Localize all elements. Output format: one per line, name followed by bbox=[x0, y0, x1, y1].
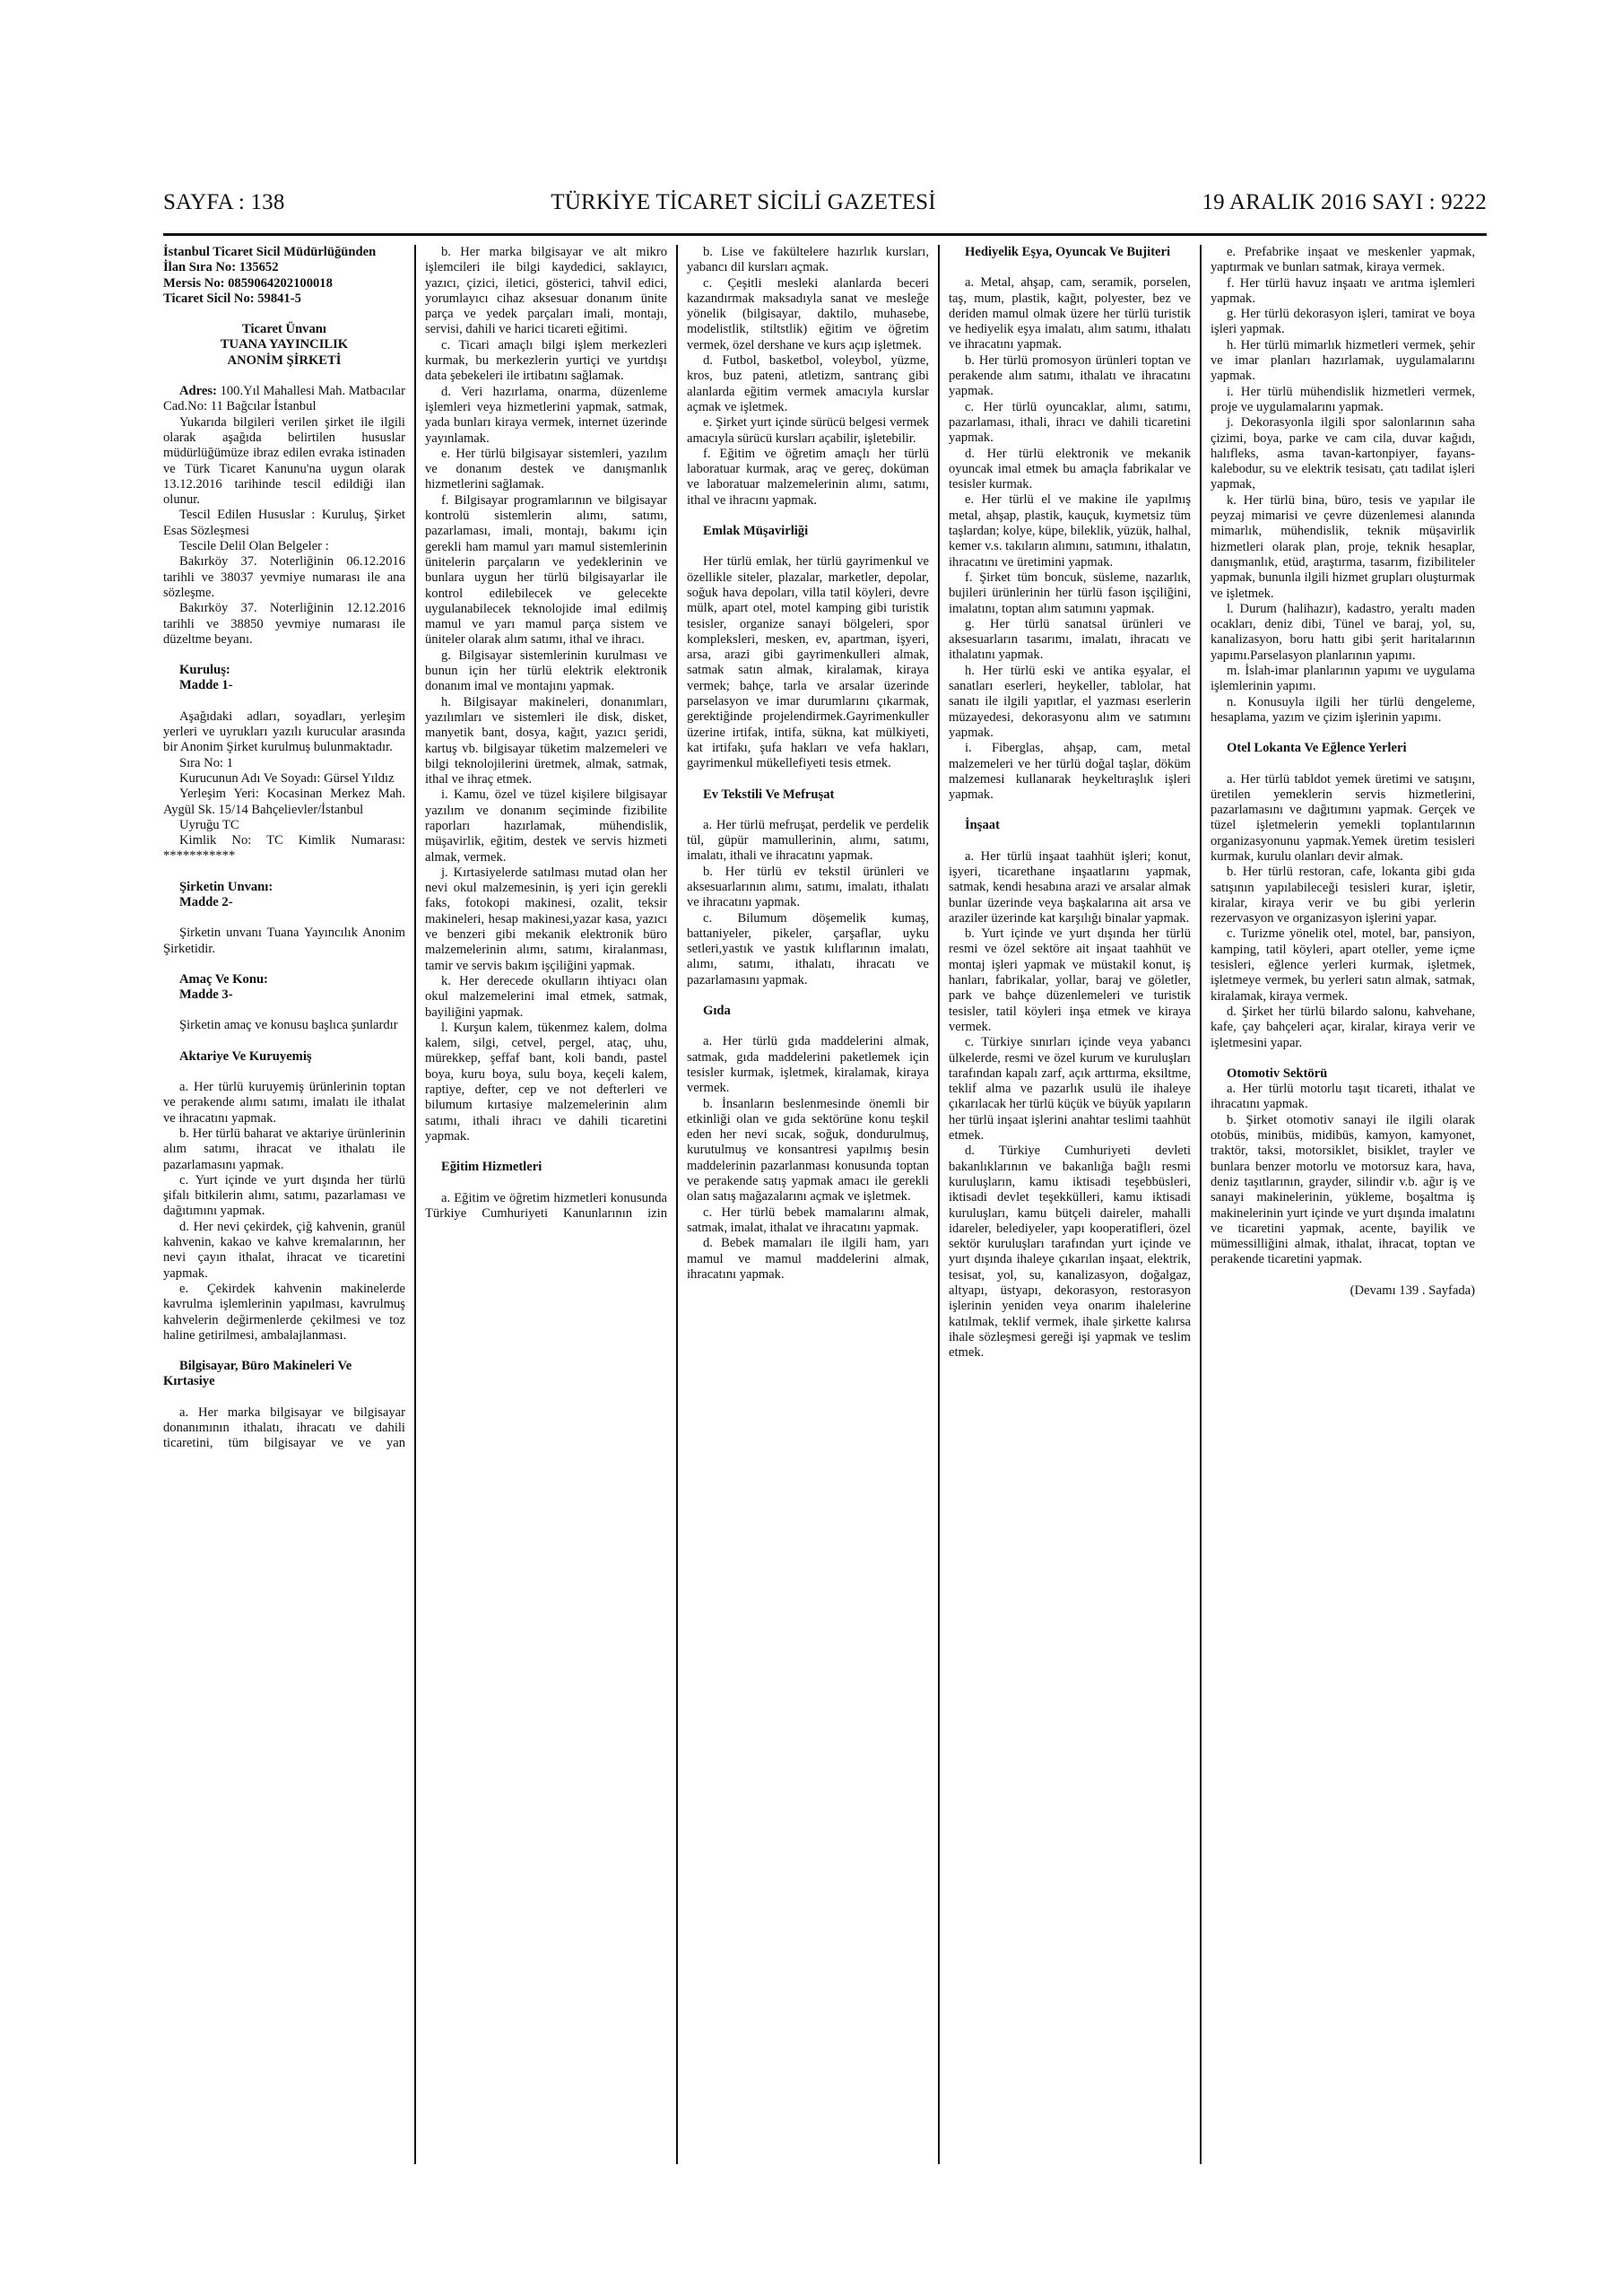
column-4: Hediyelik Eşya, Oyuncak Ve Bujiteri a. M… bbox=[940, 245, 1200, 2164]
list-item: a. Her türlü mefruşat, perdelik ve perde… bbox=[687, 818, 929, 865]
list-item: g. Bilgisayar sistemlerinin kurulması ve… bbox=[425, 648, 667, 695]
list-item: a. Metal, ahşap, cam, seramik, porselen,… bbox=[949, 275, 1191, 352]
section-heading-emlak: Emlak Müşavirliği bbox=[687, 524, 929, 539]
madde1-number: Madde 1- bbox=[163, 678, 405, 693]
list-item: d. Bebek mamaları ile ilgili ham, yarı m… bbox=[687, 1236, 929, 1283]
madde3-number: Madde 3- bbox=[163, 987, 405, 1003]
section-heading-gida: Gıda bbox=[687, 1004, 929, 1019]
list-item: c. Her türlü bebek mamalarını almak, sat… bbox=[687, 1205, 929, 1237]
madde2-text: Şirketin unvanı Tuana Yayıncılık Anonim … bbox=[163, 926, 405, 957]
section-heading-aktariye: Aktariye Ve Kuruyemiş bbox=[163, 1049, 405, 1065]
list-item: b. Her türlü promosyon ürünleri toptan v… bbox=[949, 353, 1191, 400]
uyruk: Uyruğu TC bbox=[163, 818, 405, 833]
list-item: a. Her türlü gıda maddelerini almak, sat… bbox=[687, 1034, 929, 1096]
list-item: h. Her türlü eski ve antika eşyalar, el … bbox=[949, 664, 1191, 741]
list-item: d. Her nevi çekirdek, çiğ kahvenin, gran… bbox=[163, 1220, 405, 1282]
list-item: a. Her türlü kuruyemiş ürünlerinin topta… bbox=[163, 1080, 405, 1126]
list-item: n. Konusuyla ilgili her türlü dengeleme,… bbox=[1211, 695, 1475, 726]
list-item: b. Yurt içinde ve yurt dışında her türlü… bbox=[949, 926, 1191, 1035]
section-heading-egitim: Eğitim Hizmetleri bbox=[425, 1160, 667, 1175]
company-name-line2: ANONİM ŞİRKETİ bbox=[163, 353, 405, 369]
list-item: l. Kurşun kalem, tükenmez kalem, dolma k… bbox=[425, 1021, 667, 1144]
list-item: a. Her marka bilgisayar ve bilgisayar do… bbox=[163, 1405, 405, 1452]
list-item: j. Dekorasyonla ilgili spor salonlarının… bbox=[1211, 415, 1475, 492]
mersis-no: Mersis No: 0859064202100018 bbox=[163, 276, 405, 291]
page-number: SAYFA : 138 bbox=[163, 190, 285, 215]
list-item: g. Her türlü sanatsal ürünleri ve aksesu… bbox=[949, 617, 1191, 664]
list-item: d. Futbol, basketbol, voleybol, yüzme, k… bbox=[687, 353, 929, 415]
yerlesim: Yerleşim Yeri: Kocasinan Merkez Mah. Ayg… bbox=[163, 787, 405, 818]
list-item: h. Bilgisayar makineleri, donanımları, y… bbox=[425, 695, 667, 788]
list-item: e. Prefabrike inşaat ve meskenler yapmak… bbox=[1211, 245, 1475, 276]
list-item: d. Veri hazırlama, onarma, düzenleme işl… bbox=[425, 385, 667, 447]
list-item: a. Her türlü inşaat taahhüt işleri; konu… bbox=[949, 849, 1191, 926]
kurucu: Kurucunun Adı Ve Soyadı: Gürsel Yıldız bbox=[163, 771, 405, 787]
page-header: SAYFA : 138 TÜRKİYE TİCARET SİCİLİ GAZET… bbox=[163, 190, 1487, 226]
column-5: e. Prefabrike inşaat ve meskenler yapmak… bbox=[1202, 245, 1475, 2164]
list-item: i. Kamu, özel ve tüzel kişilere bilgisay… bbox=[425, 787, 667, 865]
list-item: l. Durum (halihazır), kadastro, yeraltı … bbox=[1211, 602, 1475, 664]
list-item: e. Şirket yurt içinde sürücü belgesi ver… bbox=[687, 415, 929, 447]
sira-no: Sıra No: 1 bbox=[163, 756, 405, 771]
intro-text: Yukarıda bilgileri verilen şirket ile il… bbox=[163, 415, 405, 509]
madde3-text: Şirketin amaç ve konusu başlıca şunlardı… bbox=[163, 1018, 405, 1033]
list-item: a. Eğitim ve öğretim hizmetleri konusund… bbox=[425, 1191, 667, 1222]
list-item: c. Çeşitli mesleki alanlarda beceri kaza… bbox=[687, 276, 929, 353]
list-item: e. Çekirdek kahvenin makinelerde kavrulm… bbox=[163, 1282, 405, 1344]
list-item: d. Türkiye Cumhuriyeti devleti bakanlıkl… bbox=[949, 1144, 1191, 1361]
section-heading-bilgisayar: Bilgisayar, Büro Makineleri Ve Kırtasiye bbox=[163, 1359, 405, 1390]
list-item: j. Kırtasiyelerde satılması mutad olan h… bbox=[425, 865, 667, 974]
list-item: c. Ticari amaçlı bilgi işlem merkezleri … bbox=[425, 338, 667, 385]
tescil-hususlar: Tescil Edilen Hususlar : Kuruluş, Şirket… bbox=[163, 508, 405, 539]
address: Adres: 100.Yıl Mahallesi Mah. Matbacılar… bbox=[163, 384, 405, 415]
column-2: b. Her marka bilgisayar ve alt mikro işl… bbox=[416, 245, 676, 2164]
list-item: c. Her türlü oyuncaklar, alımı, satımı, … bbox=[949, 400, 1191, 447]
madde1-title: Kuruluş: bbox=[163, 663, 405, 678]
list-item: b. Lise ve fakültelere hazırlık kursları… bbox=[687, 245, 929, 276]
list-item: m. İslah-imar planlarının yapımı ve uygu… bbox=[1211, 664, 1475, 695]
section-heading-otel: Otel Lokanta Ve Eğlence Yerleri bbox=[1211, 741, 1475, 756]
columns: İstanbul Ticaret Sicil Müdürlüğünden İla… bbox=[163, 245, 1487, 2164]
list-item: f. Şirket tüm boncuk, süsleme, nazarlık,… bbox=[949, 570, 1191, 617]
ilan-sira-no: İlan Sıra No: 135652 bbox=[163, 260, 405, 275]
list-item: h. Her türlü mimarlık hizmetleri vermek,… bbox=[1211, 338, 1475, 385]
gazette-title: TÜRKİYE TİCARET SİCİLİ GAZETESİ bbox=[551, 190, 936, 215]
section-heading-insaat: İnşaat bbox=[949, 818, 1191, 833]
list-item: c. Bilumum döşemelik kumaş, battaniyeler… bbox=[687, 911, 929, 988]
continued-note: (Devamı 139 . Sayfada) bbox=[1211, 1283, 1475, 1299]
section-heading-otomotiv: Otomotiv Sektörü bbox=[1211, 1066, 1475, 1082]
list-item: b. Her türlü ev tekstil ürünleri ve akse… bbox=[687, 865, 929, 911]
unvan-label: Ticaret Ünvanı bbox=[163, 322, 405, 337]
issue-date: 19 ARALIK 2016 SAYI : 9222 bbox=[1202, 190, 1487, 215]
list-item: g. Her türlü dekorasyon işleri, tamirat … bbox=[1211, 307, 1475, 338]
madde3-title: Amaç Ve Konu: bbox=[163, 972, 405, 987]
header-rule bbox=[163, 233, 1487, 236]
list-item: f. Her türlü havuz inşaatı ve arıtma işl… bbox=[1211, 276, 1475, 308]
list-item: c. Yurt içinde ve yurt dışında her türlü… bbox=[163, 1173, 405, 1220]
section-heading-ev-tekstili: Ev Tekstili Ve Mefruşat bbox=[687, 787, 929, 803]
ticaret-sicil-no: Ticaret Sicil No: 59841-5 bbox=[163, 291, 405, 307]
list-item: i. Her türlü mühendislik hizmetleri verm… bbox=[1211, 385, 1475, 416]
kimlik: Kimlik No: TC Kimlik Numarası: *********… bbox=[163, 833, 405, 865]
list-item: b. Şirket otomotiv sanayi ile ilgili ola… bbox=[1211, 1113, 1475, 1268]
list-item: e. Her türlü bilgisayar sistemleri, yazı… bbox=[425, 447, 667, 493]
list-item: f. Eğitim ve öğretim amaçlı her türlü la… bbox=[687, 447, 929, 509]
registry-office: İstanbul Ticaret Sicil Müdürlüğünden bbox=[163, 245, 405, 260]
list-item: k. Her türlü bina, büro, tesis ve yapıla… bbox=[1211, 493, 1475, 602]
list-item: Her türlü emlak, her türlü gayrimenkul v… bbox=[687, 554, 929, 771]
list-item: c. Turizme yönelik otel, motel, bar, pan… bbox=[1211, 926, 1475, 1004]
list-item: a. Her türlü tabldot yemek üretimi ve sa… bbox=[1211, 772, 1475, 865]
belge-2: Bakırköy 37. Noterliğinin 12.12.2016 tar… bbox=[163, 601, 405, 648]
list-item: a. Her türlü motorlu taşıt ticareti, ith… bbox=[1211, 1082, 1475, 1113]
tescile-delil: Tescile Delil Olan Belgeler : bbox=[163, 539, 405, 554]
list-item: f. Bilgisayar programlarının ve bilgisay… bbox=[425, 493, 667, 648]
list-item: e. Her türlü el ve makine ile yapılmış m… bbox=[949, 492, 1191, 570]
list-item: b. Her türlü baharat ve aktariye ürünler… bbox=[163, 1126, 405, 1173]
list-item: k. Her derecede okulların ihtiyacı olan … bbox=[425, 974, 667, 1021]
column-3: b. Lise ve fakültelere hazırlık kursları… bbox=[678, 245, 938, 2164]
list-item: b. İnsanların beslenmesinde önemli bir e… bbox=[687, 1097, 929, 1205]
section-heading-hediyelik: Hediyelik Eşya, Oyuncak Ve Bujiteri bbox=[949, 245, 1191, 260]
madde1-text: Aşağıdaki adları, soyadları, yerleşim ye… bbox=[163, 709, 405, 756]
list-item: d. Şirket her türlü bilardo salonu, kahv… bbox=[1211, 1004, 1475, 1051]
list-item: i. Fiberglas, ahşap, cam, metal malzemel… bbox=[949, 741, 1191, 803]
list-item: b. Her marka bilgisayar ve alt mikro işl… bbox=[425, 245, 667, 338]
list-item: d. Her türlü elektronik ve mekanik oyunc… bbox=[949, 447, 1191, 493]
belge-1: Bakırköy 37. Noterliğinin 06.12.2016 tar… bbox=[163, 554, 405, 601]
madde2-title: Şirketin Unvanı: bbox=[163, 880, 405, 895]
company-name-line1: TUANA YAYINCILIK bbox=[163, 337, 405, 352]
list-item: b. Her türlü restoran, cafe, lokanta gib… bbox=[1211, 865, 1475, 926]
column-1: İstanbul Ticaret Sicil Müdürlüğünden İla… bbox=[163, 245, 414, 2164]
madde2-number: Madde 2- bbox=[163, 895, 405, 910]
list-item: c. Türkiye sınırları içinde veya yabancı… bbox=[949, 1035, 1191, 1144]
gazette-page: SAYFA : 138 TÜRKİYE TİCARET SİCİLİ GAZET… bbox=[163, 190, 1487, 2164]
